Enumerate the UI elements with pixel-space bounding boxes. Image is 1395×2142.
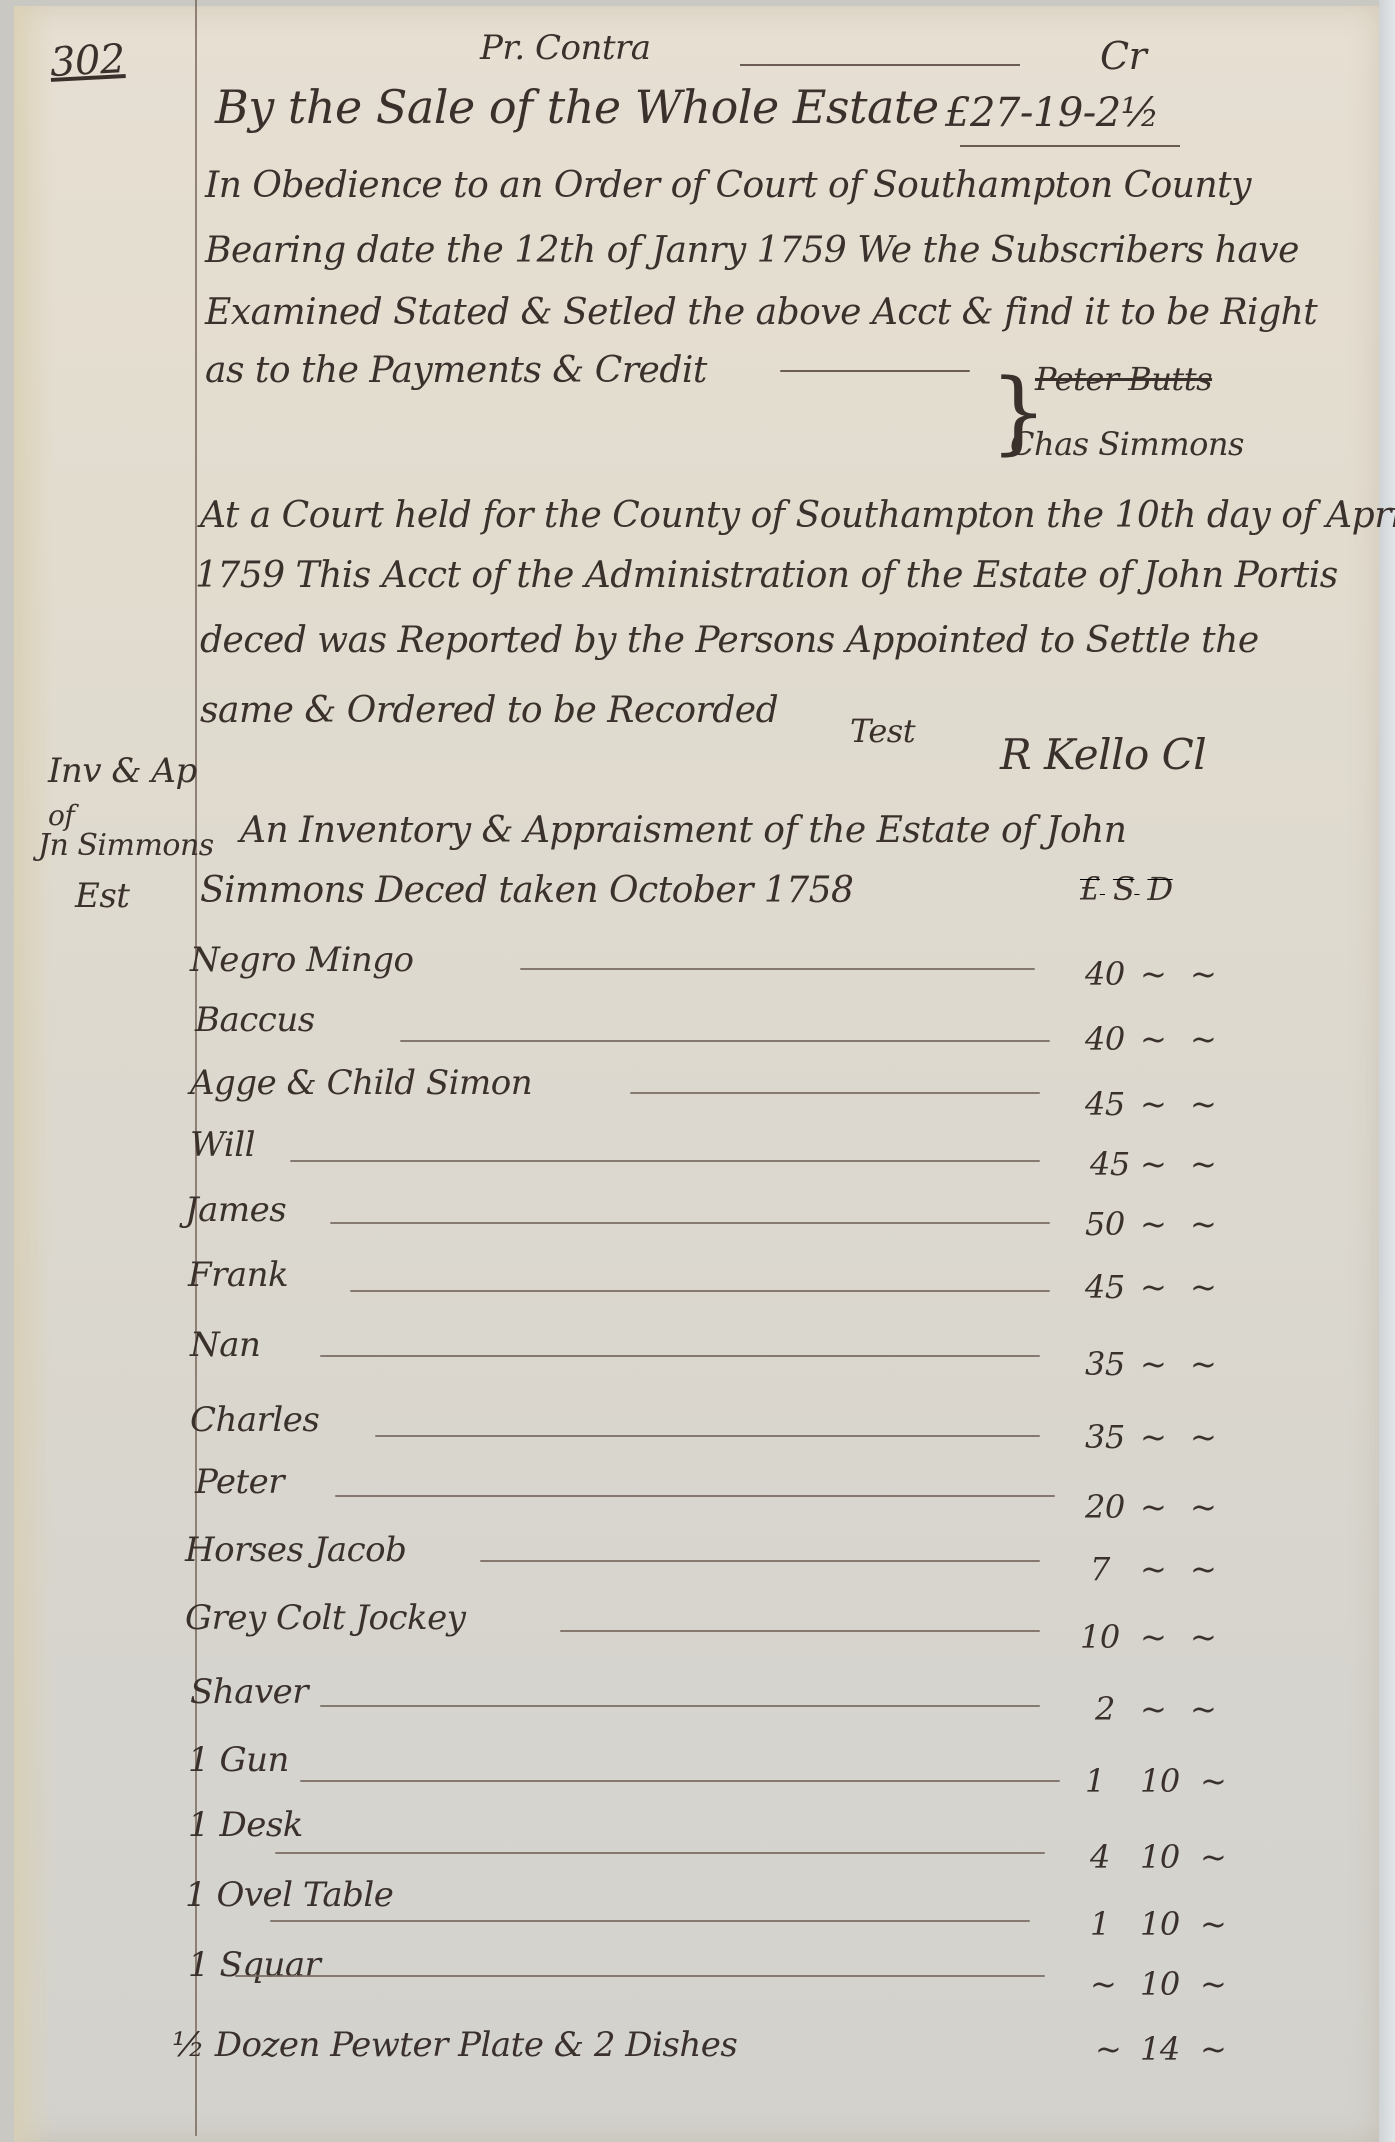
item-name: Baccus [195,1000,315,1040]
court-record-line: same & Ordered to be Recorded [200,690,778,731]
item-pounds: 35 [1085,1345,1125,1383]
item-pence: ~ [1190,1690,1216,1728]
court-record-line: At a Court held for the County of Southa… [200,495,1395,536]
item-pence: ~ [1190,1618,1216,1656]
item-name: Negro Mingo [190,940,414,980]
item-pence: ~ [1190,1020,1216,1058]
item-pounds: 2 [1095,1690,1115,1728]
item-pence: ~ [1200,1762,1226,1800]
item-pence: ~ [1190,1488,1216,1526]
item-shillings: ~ [1140,1488,1166,1526]
item-pounds: 50 [1085,1205,1125,1243]
signature-chas-simmons: Chas Simmons [1010,425,1244,463]
item-pence: ~ [1190,1418,1216,1456]
signature-peter-butts: Peter Butts [1035,360,1212,398]
page-edge [1379,0,1395,2142]
item-shillings: ~ [1140,1020,1166,1058]
item-name: Frank [188,1255,288,1295]
item-pence: ~ [1200,1965,1226,2003]
item-shillings: ~ [1140,1345,1166,1383]
leader-line [335,1495,1055,1497]
item-shillings: ~ [1140,1205,1166,1243]
item-pence: ~ [1200,2030,1226,2068]
item-pence: ~ [1190,1550,1216,1588]
leader-line [350,1290,1050,1292]
item-name: Will [190,1125,255,1165]
court-order-line: In Obedience to an Order of Court of Sou… [205,165,1251,206]
court-record-line: deced was Reported by the Persons Appoin… [200,620,1259,661]
currency-columns: £ S D [1080,870,1173,908]
leader-line [560,1630,1040,1632]
test-label: Test [850,712,915,750]
item-shillings: 10 [1140,1762,1180,1800]
leader-line [290,1160,1040,1162]
item-name: Shaver [190,1672,308,1712]
page-number: 302 [49,36,126,86]
item-pence: ~ [1190,1345,1216,1383]
leader-line [780,370,970,372]
item-shillings: 10 [1140,1965,1180,2003]
leader-line [375,1435,1040,1437]
inventory-subtitle: Simmons Deced taken October 1758 [200,870,853,911]
item-name: Peter [195,1462,284,1502]
item-name: 1 Ovel Table [185,1875,393,1915]
sale-amount-underline [960,145,1180,147]
leader-line [300,1780,1060,1782]
court-order-line: as to the Payments & Credit [205,350,707,391]
leader-line [330,1222,1050,1224]
item-pounds: 7 [1090,1550,1110,1588]
item-shillings: ~ [1140,1418,1166,1456]
inventory-title: An Inventory & Appraisment of the Estate… [240,810,1126,851]
header-credit: Cr [1100,34,1146,78]
item-pounds: 45 [1085,1268,1125,1306]
item-name: ½ Dozen Pewter Plate & 2 Dishes [172,2025,737,2065]
sale-line: By the Sale of the Whole Estate [215,80,939,134]
court-order-line: Examined Stated & Setled the above Acct … [205,292,1317,333]
item-name: Horses Jacob [185,1530,406,1570]
item-name: Agge & Child Simon [190,1063,532,1103]
col-pence: D [1147,870,1172,908]
item-pounds: 4 [1090,1838,1110,1876]
item-pence: ~ [1190,1085,1216,1123]
header-contra: Pr. Contra [480,28,651,68]
item-shillings: 10 [1140,1905,1180,1943]
item-shillings: 10 [1140,1838,1180,1876]
item-shillings: ~ [1140,1268,1166,1306]
item-pounds: ~ [1090,1965,1116,2003]
item-shillings: 14 [1140,2030,1180,2068]
item-pounds: 40 [1085,1020,1125,1058]
item-name: 1 Desk [188,1805,303,1845]
item-pence: ~ [1190,955,1216,993]
item-shillings: ~ [1140,1085,1166,1123]
col-pounds: £ [1080,870,1100,908]
item-pence: ~ [1200,1905,1226,1943]
item-pounds: 40 [1085,955,1125,993]
item-pence: ~ [1200,1838,1226,1876]
item-shillings: ~ [1140,1618,1166,1656]
item-pounds: ~ [1095,2030,1121,2068]
col-shillings: S [1113,870,1134,908]
item-name: 1 Squar [188,1945,320,1985]
item-pence: ~ [1190,1145,1216,1183]
item-pounds: 1 [1085,1762,1105,1800]
leader-line [320,1355,1040,1357]
item-shillings: ~ [1140,1145,1166,1183]
item-pounds: 1 [1090,1905,1110,1943]
item-pounds: 45 [1085,1085,1125,1123]
clerk-signature: R Kello Cl [1000,730,1206,779]
leader-line [480,1560,1040,1562]
item-name: James [185,1190,286,1230]
item-shillings: ~ [1140,1550,1166,1588]
leader-line [270,1920,1030,1922]
leader-line [520,968,1035,970]
court-record-line: 1759 This Acct of the Administration of … [195,555,1338,596]
item-pence: ~ [1190,1268,1216,1306]
item-name: Grey Colt Jockey [185,1598,465,1638]
item-name: Charles [190,1400,319,1440]
item-name: 1 Gun [188,1740,289,1780]
item-shillings: ~ [1140,1690,1166,1728]
item-shillings: ~ [1140,955,1166,993]
sale-amount: £27-19-2½ [945,90,1159,136]
court-order-line: Bearing date the 12th of Janry 1759 We t… [205,230,1299,271]
leader-line [275,1852,1045,1854]
item-pounds: 20 [1085,1488,1125,1526]
item-pounds: 10 [1080,1618,1120,1656]
margin-note-line: Est [75,870,129,922]
item-name: Nan [190,1325,260,1365]
item-pounds: 35 [1085,1418,1125,1456]
leader-line [400,1040,1050,1042]
item-pounds: 45 [1090,1145,1130,1183]
margin-note-line: Jn Simmons [38,820,214,872]
header-rule [740,64,1020,66]
item-pence: ~ [1190,1205,1216,1243]
leader-line [235,1975,1045,1977]
leader-line [630,1092,1040,1094]
leader-line [320,1705,1040,1707]
